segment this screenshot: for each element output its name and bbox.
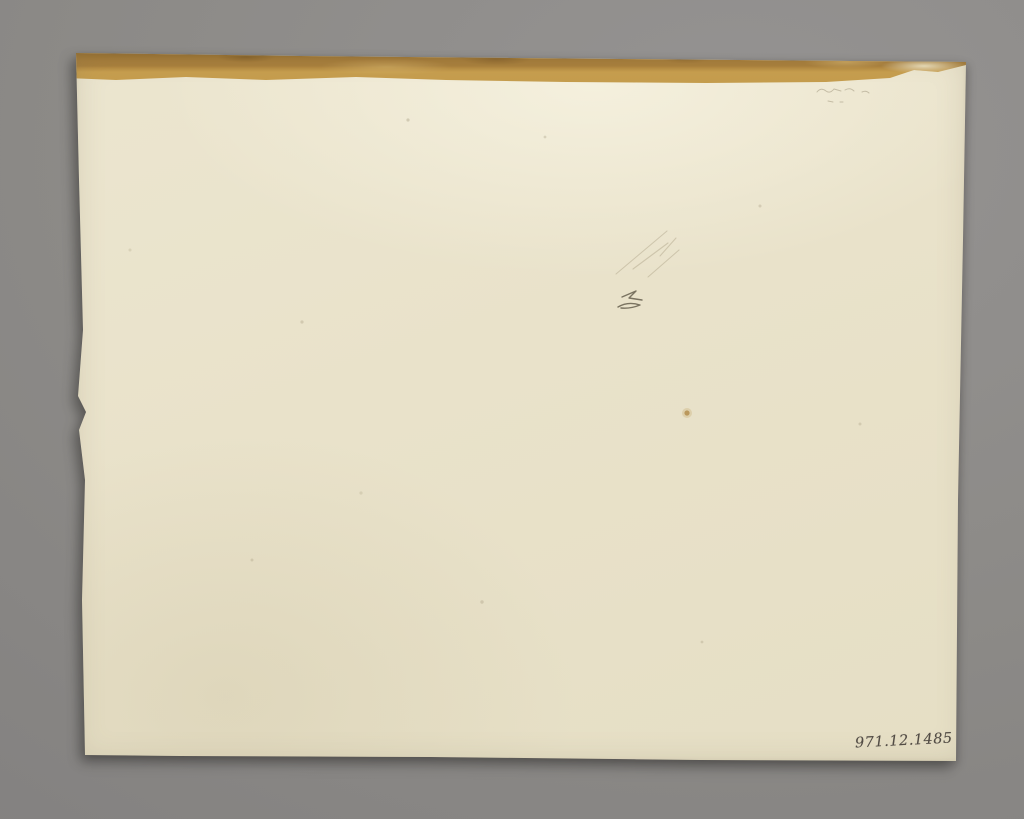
paper-edge-shading bbox=[76, 53, 966, 761]
photo-backdrop: 971.12.1485 bbox=[0, 0, 1024, 819]
paper-sheet: 971.12.1485 bbox=[0, 0, 1024, 819]
paper-sheet-shadow: 971.12.1485 bbox=[0, 0, 1024, 819]
